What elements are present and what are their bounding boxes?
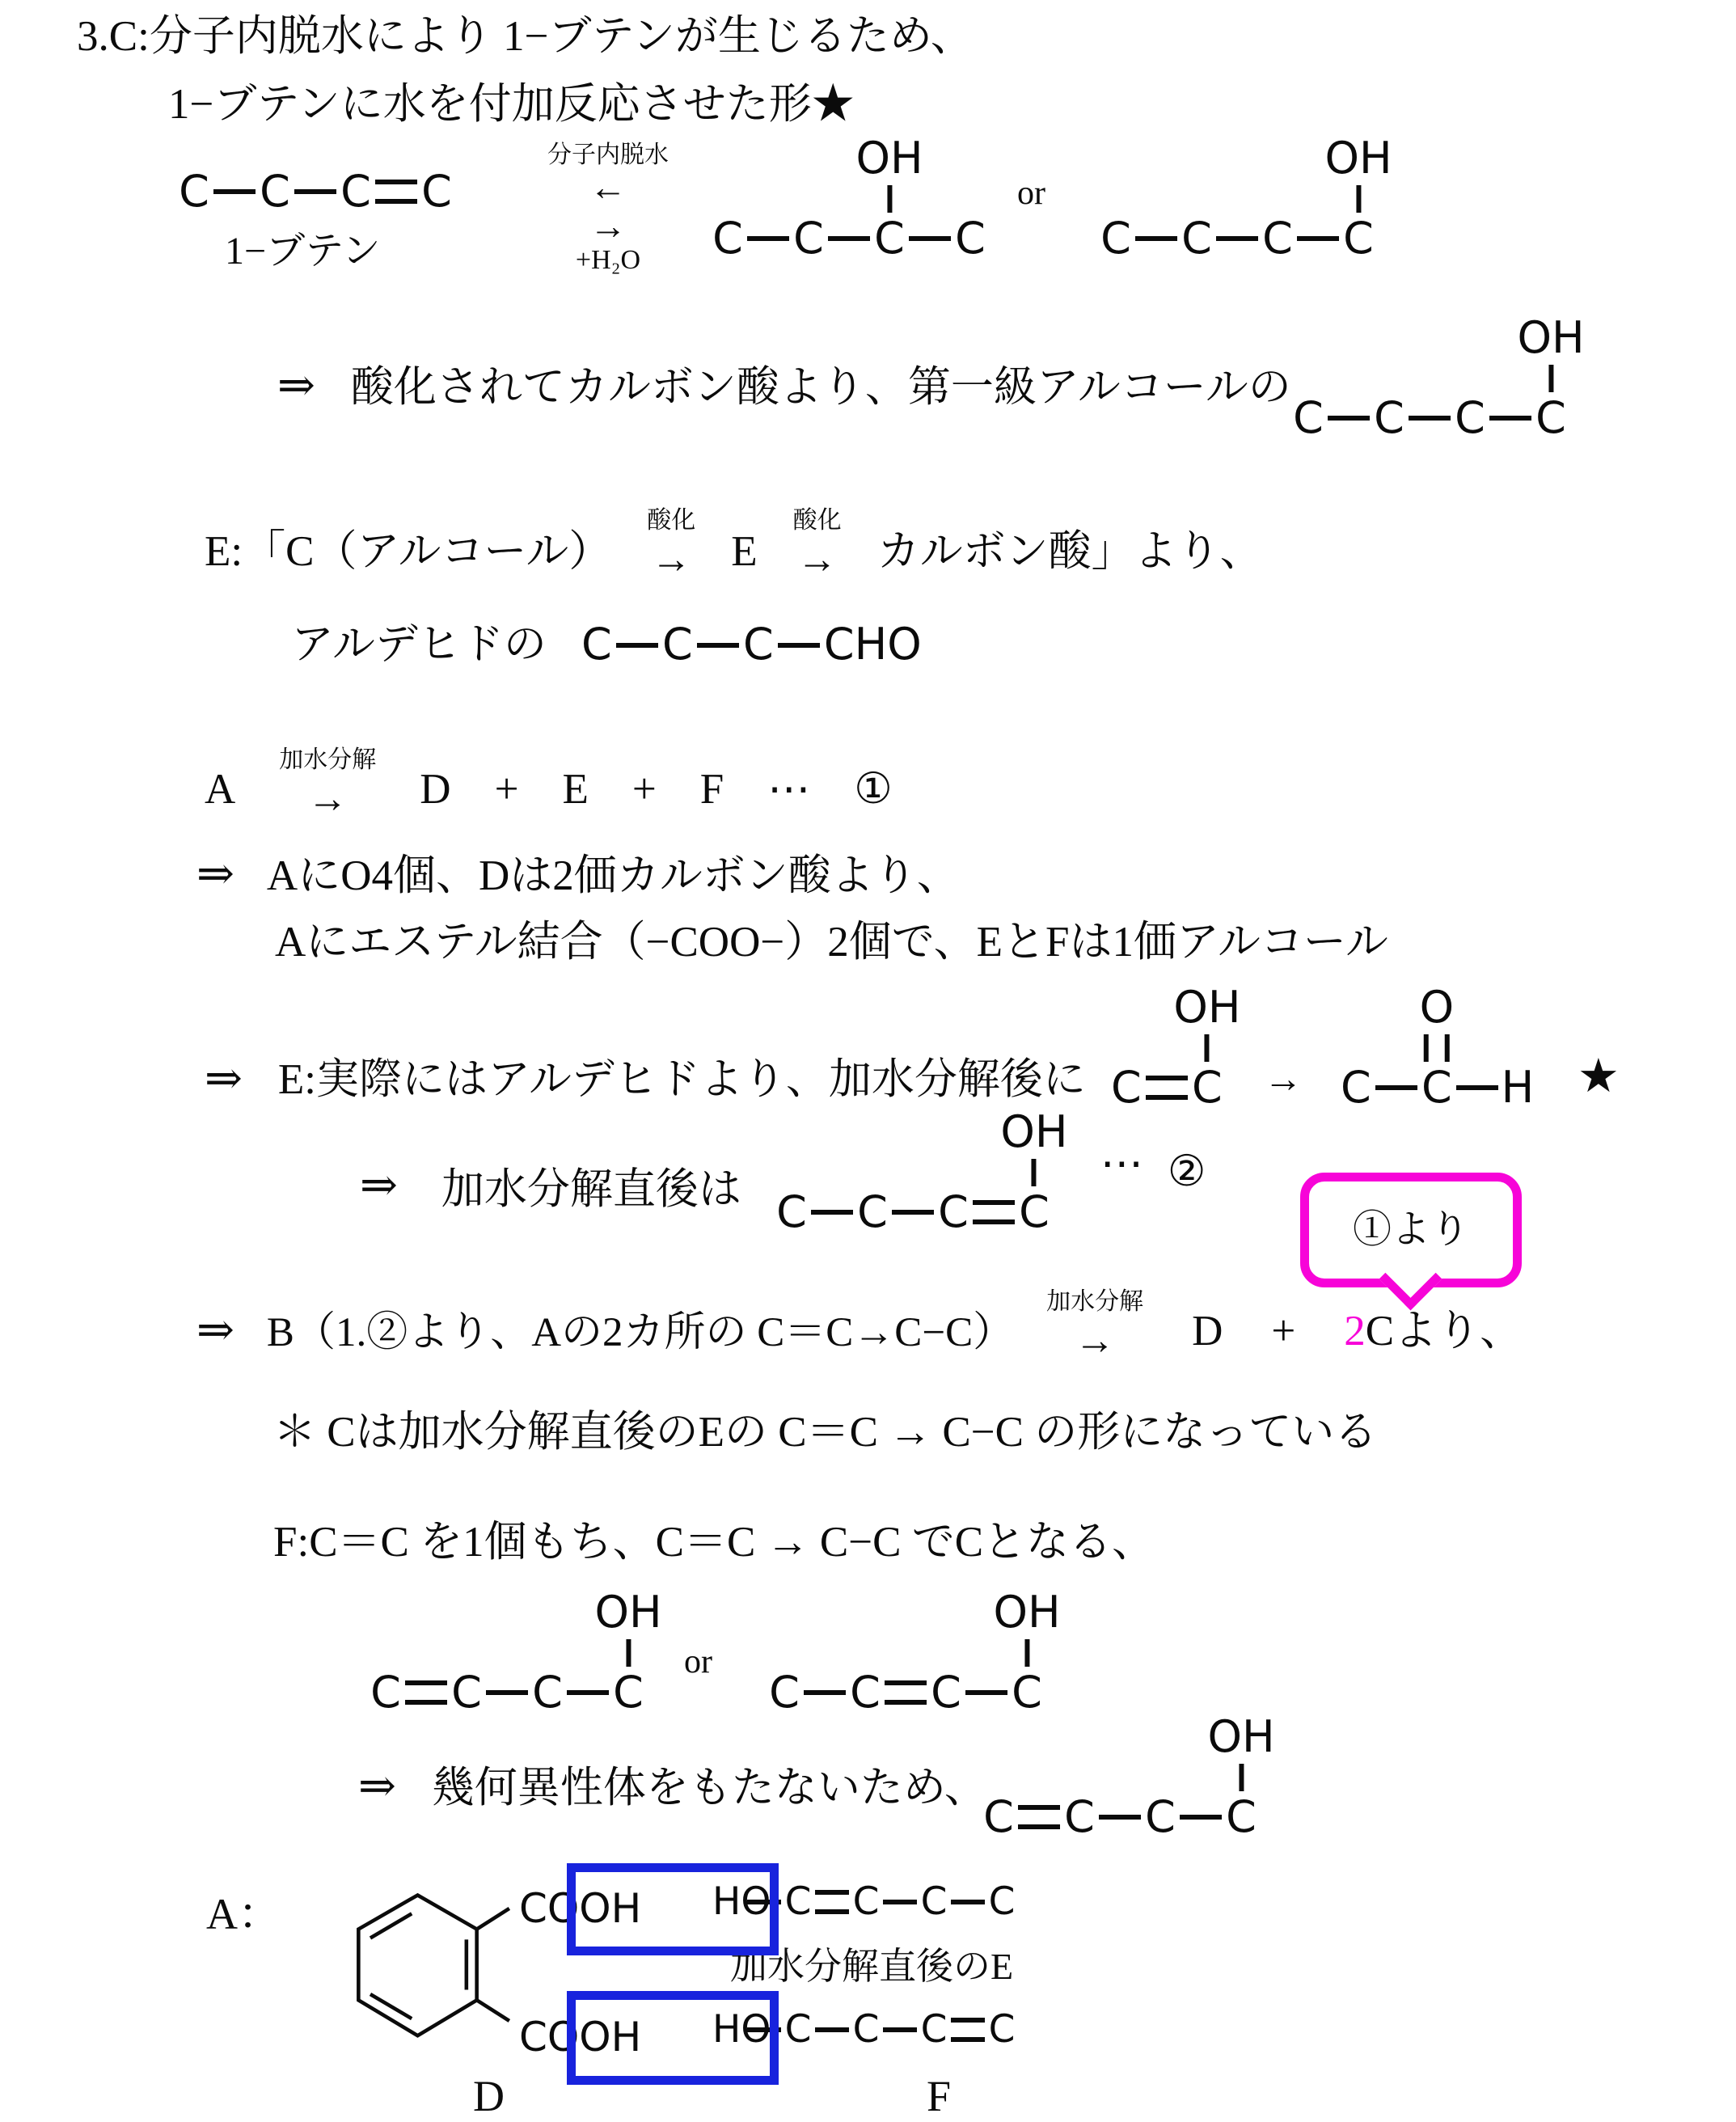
single-bond bbox=[1099, 1815, 1141, 1820]
single-bond bbox=[1456, 1085, 1498, 1090]
atom-C: C bbox=[851, 1882, 881, 1921]
single-bond bbox=[747, 236, 789, 241]
double-arrow-icon: ⇒ bbox=[196, 848, 234, 902]
atom-C: C bbox=[710, 216, 746, 262]
geometry-row: ⇒ 幾何異性体をもたないため、 bbox=[358, 1760, 987, 1814]
b-tail-text: Cより、 bbox=[1366, 1308, 1523, 1355]
hydrolysis-arrow-b: 加水分解 → bbox=[1046, 1287, 1143, 1363]
atom-C: C bbox=[851, 2010, 881, 2049]
atom-C: C bbox=[928, 1670, 964, 1716]
atom-C: C bbox=[981, 1794, 1016, 1841]
structure-f-final: OHCCCC bbox=[981, 1714, 1259, 1841]
substituent-label-OH: OH bbox=[998, 1110, 1070, 1156]
chain-row: CCCC bbox=[1290, 395, 1569, 442]
vertical-single-bond bbox=[887, 185, 892, 213]
atom-C: C bbox=[1062, 1794, 1097, 1841]
single-bond bbox=[828, 236, 870, 241]
atom-C: C bbox=[791, 216, 826, 262]
double-bond bbox=[973, 1200, 1015, 1224]
plus-sign: + bbox=[1271, 1306, 1295, 1358]
substituent-group: OH bbox=[998, 1110, 1070, 1186]
aldehyde-label: アルデヒドの bbox=[291, 619, 547, 671]
atom-C: C bbox=[1009, 1670, 1045, 1716]
chain-row: CC bbox=[1109, 1064, 1225, 1111]
arrow-right-icon: → bbox=[651, 537, 691, 581]
substituent-label-OH: OH bbox=[990, 1590, 1062, 1636]
callout-bubble: ①より bbox=[1300, 1173, 1522, 1287]
atom-C: C bbox=[1016, 1190, 1052, 1236]
compound-f: F bbox=[700, 764, 724, 816]
single-bond bbox=[1216, 236, 1258, 241]
substituent-label-OH: OH bbox=[1514, 315, 1586, 361]
atom-C: C bbox=[986, 2010, 1017, 2049]
geometry-text: 幾何異性体をもたないため、 bbox=[432, 1763, 987, 1815]
o4-row: ⇒ AにO4個、Dは2価カルボン酸より、 bbox=[196, 848, 960, 902]
compound-e: E bbox=[562, 764, 588, 816]
intro-line-2: 1−ブテンに水を付加反応させた形★ bbox=[168, 79, 855, 131]
atom-C: C bbox=[741, 622, 776, 668]
atom-C: C bbox=[1341, 216, 1376, 262]
substituent-label-O: O bbox=[1417, 985, 1457, 1031]
substituent-group: OH bbox=[592, 1590, 664, 1667]
atom-C: C bbox=[1143, 1794, 1178, 1841]
atom-C: C bbox=[1290, 395, 1326, 442]
single-bond bbox=[804, 1690, 846, 1695]
note-line: ＊ Cは加水分解直後のEの C＝C → C−C の形になっている bbox=[273, 1407, 1377, 1459]
oxidation-arrow-2: 酸化 → bbox=[793, 506, 842, 581]
double-arrow-icon: ⇒ bbox=[277, 359, 315, 413]
single-bond bbox=[815, 2027, 849, 2032]
atom-C: C bbox=[610, 1670, 646, 1716]
double-bond bbox=[1018, 1805, 1060, 1829]
f-definition-line: F:C＝C を1個もち、C＝C → C−C でCとなる、 bbox=[273, 1517, 1155, 1569]
e-head-text: E:「C（アルコール） bbox=[205, 526, 611, 578]
b-pre-text: B（1.②より、Aの2カ所の C＝C→C−C） bbox=[267, 1308, 1014, 1358]
highlight-box-bottom bbox=[567, 1991, 779, 2085]
atom-H: H bbox=[1500, 1065, 1535, 1111]
aldehyde-row: アルデヒドの CCCCHO bbox=[291, 619, 924, 671]
vertical-single-bond bbox=[1356, 185, 1361, 213]
atom-C: C bbox=[919, 2010, 949, 2049]
o4-text: AにO4個、Dは2価カルボン酸より、 bbox=[267, 851, 960, 902]
single-bond bbox=[213, 189, 256, 194]
atom-C: C bbox=[1371, 395, 1407, 442]
ellipsis: ⋯ bbox=[1100, 1139, 1143, 1190]
substituent-label-OH: OH bbox=[1205, 1714, 1277, 1761]
single-bond bbox=[616, 643, 658, 648]
double-bond bbox=[815, 1890, 849, 1914]
e-letter: E bbox=[731, 526, 757, 578]
vertical-double-bond bbox=[1424, 1034, 1450, 1062]
oxidation-label: 酸化 bbox=[647, 506, 695, 535]
structure-acetaldehyde: OCCH bbox=[1338, 985, 1535, 1111]
vertical-single-bond bbox=[626, 1639, 631, 1667]
double-bond bbox=[375, 180, 417, 204]
hydrolysis-label: 加水分解 bbox=[1046, 1287, 1143, 1317]
benzene-ring bbox=[344, 1891, 517, 2046]
vertical-single-bond bbox=[1205, 1034, 1210, 1062]
chain-row: CCCCHO bbox=[579, 622, 924, 669]
arrow-right-icon: → bbox=[589, 207, 627, 246]
structure-primary-alcohol: OHCCCC bbox=[1290, 315, 1569, 442]
atom-C: C bbox=[1109, 1065, 1144, 1111]
double-arrow-icon: ⇒ bbox=[360, 1159, 398, 1213]
circled-two: ② bbox=[1168, 1147, 1206, 1198]
atom-C: C bbox=[1189, 1065, 1225, 1111]
atom-C: C bbox=[1419, 1065, 1455, 1111]
highlight-box-top bbox=[567, 1863, 779, 1955]
atom-C: C bbox=[660, 622, 695, 668]
chain-row: CCCC bbox=[710, 215, 988, 262]
oxidation-label: 酸化 bbox=[793, 506, 842, 535]
or-label-2: or bbox=[684, 1642, 712, 1682]
chain-row: CCCC bbox=[1098, 215, 1376, 262]
structure-vinyl-alcohol: OHCC bbox=[1109, 985, 1225, 1111]
intro-line-1: 3.C:分子内脱水により 1−ブテンが生じるため、 bbox=[77, 11, 974, 63]
atom-C: C bbox=[176, 169, 212, 215]
e-actual-row: ⇒ E:実際にはアルデヒドより、加水分解後に OHCC → OCCH ★ bbox=[205, 985, 1620, 1111]
arrow-right-icon: → bbox=[1264, 1056, 1303, 1103]
ester-text: Aにエステル結合（−COO−）2個で、EとFは1価アルコール bbox=[275, 917, 1388, 969]
structure-1-butanol: OHCCCC bbox=[1098, 136, 1376, 262]
oxidation-arrow-1: 酸化 → bbox=[647, 506, 695, 581]
atom-C: C bbox=[855, 1190, 890, 1236]
atom-C: C bbox=[774, 1190, 809, 1236]
arrow-right-icon: → bbox=[1075, 1318, 1115, 1363]
plus-h2o-label: +H₂O bbox=[576, 246, 640, 275]
atom-C: C bbox=[257, 169, 293, 215]
substituent-group: O bbox=[1417, 985, 1457, 1062]
structure-butanal: CCCCHO bbox=[579, 622, 924, 669]
double-arrow-icon: ⇒ bbox=[205, 1052, 243, 1106]
chain-row: CCCC bbox=[774, 1189, 1052, 1236]
substituent-group: OH bbox=[1322, 136, 1394, 213]
atom-C: C bbox=[579, 622, 615, 668]
double-arrow-icon: ⇒ bbox=[358, 1760, 396, 1814]
atom-C: C bbox=[783, 1882, 813, 1921]
structure-1-butene: CCCC bbox=[176, 168, 454, 215]
vertical-single-bond bbox=[1032, 1159, 1037, 1186]
b-row: ⇒ B（1.②より、Aの2カ所の C＝C→C−C） 加水分解 → D + 2Cよ… bbox=[196, 1287, 1523, 1363]
single-bond bbox=[1409, 416, 1451, 421]
compound-d: D bbox=[1192, 1306, 1223, 1358]
hydrolysis-equation-row: A 加水分解 → D + E + F ⋯ ① bbox=[205, 746, 893, 821]
plus-sign: + bbox=[632, 764, 657, 816]
single-bond bbox=[1135, 236, 1177, 241]
double-bond bbox=[885, 1680, 927, 1705]
chain-row: CCCC bbox=[981, 1794, 1259, 1841]
chemistry-note-page: 3.C:分子内脱水により 1−ブテンが生じるため、 1−ブテンに水を付加反応させ… bbox=[0, 0, 1736, 2122]
vertical-single-bond bbox=[1239, 1764, 1244, 1791]
single-bond bbox=[909, 236, 951, 241]
vertical-single-bond bbox=[1024, 1639, 1029, 1667]
single-bond bbox=[1180, 1815, 1222, 1820]
two-c-term: 2Cより、 bbox=[1344, 1306, 1523, 1358]
single-bond bbox=[1328, 416, 1370, 421]
e-actual-text: E:実際にはアルデヒドより、加水分解後に bbox=[278, 1055, 1086, 1106]
substituent-label-OH: OH bbox=[592, 1590, 664, 1636]
atom-C: C bbox=[1098, 216, 1134, 262]
star-icon: ★ bbox=[1578, 1048, 1620, 1105]
substituent-label-OH: OH bbox=[1322, 136, 1394, 182]
chain-row: CCCC bbox=[176, 168, 454, 215]
atom-C: C bbox=[1260, 216, 1295, 262]
atom-C: C bbox=[783, 2010, 813, 2049]
substituent-label-OH: OH bbox=[853, 136, 925, 182]
chain-row: CCCC bbox=[767, 1669, 1045, 1716]
double-bond bbox=[951, 2018, 985, 2042]
atom-CHO: CHO bbox=[822, 622, 924, 668]
e-tail-text: カルボン酸」より、 bbox=[877, 526, 1263, 578]
double-bond bbox=[405, 1680, 447, 1705]
atom-C: C bbox=[419, 169, 454, 215]
structure-f-option1: OHCCCC bbox=[368, 1590, 646, 1716]
compound-d: D bbox=[420, 764, 450, 816]
arrow-left-icon: ← bbox=[589, 168, 627, 207]
single-bond bbox=[883, 2027, 917, 2032]
atom-C: C bbox=[1223, 1794, 1259, 1841]
vertical-single-bond bbox=[1548, 365, 1553, 392]
atom-C: C bbox=[1179, 216, 1214, 262]
atom-C: C bbox=[1533, 395, 1569, 442]
substituent-label-OH: OH bbox=[1171, 985, 1243, 1031]
atom-C: C bbox=[1452, 395, 1488, 442]
atom-C: C bbox=[986, 1882, 1017, 1921]
atom-C: C bbox=[449, 1670, 484, 1716]
substituent-group: OH bbox=[1205, 1714, 1277, 1791]
atom-C: C bbox=[872, 216, 907, 262]
single-bond bbox=[294, 189, 336, 194]
d-caption: D bbox=[473, 2070, 505, 2122]
atom-C: C bbox=[952, 216, 988, 262]
atom-C: C bbox=[919, 1882, 949, 1921]
structure-2-butanol: OHCCCC bbox=[710, 136, 988, 262]
dehydration-label: 分子内脱水 bbox=[547, 142, 669, 168]
structure-f-option2: OHCCCC bbox=[767, 1590, 1045, 1716]
single-bond bbox=[811, 1210, 853, 1215]
circled-one: ① bbox=[854, 764, 893, 816]
right-after-text: 加水分解直後は bbox=[441, 1165, 741, 1216]
single-bond bbox=[1297, 236, 1339, 241]
single-bond bbox=[567, 1690, 609, 1695]
arrow-right-icon: → bbox=[797, 537, 838, 581]
substituent-group: OH bbox=[1514, 315, 1586, 392]
compound-a-label: A： bbox=[206, 1888, 281, 1941]
coefficient-two: 2 bbox=[1344, 1308, 1366, 1355]
atom-C: C bbox=[368, 1670, 403, 1716]
double-bond bbox=[1146, 1076, 1188, 1100]
oxidized-row: ⇒ 酸化されてカルボン酸より、第一級アルコールの bbox=[277, 359, 1291, 413]
single-bond bbox=[697, 643, 739, 648]
atom-C: C bbox=[530, 1670, 565, 1716]
equilibrium-arrows: 分子内脱水 ← → +H₂O bbox=[543, 142, 673, 275]
structure-butenol: OHCCCC bbox=[774, 1110, 1052, 1236]
f-caption: F bbox=[927, 2070, 951, 2122]
single-bond bbox=[1375, 1085, 1417, 1090]
bubble-text: ①より bbox=[1353, 1207, 1469, 1253]
single-bond bbox=[883, 1900, 917, 1904]
atom-C: C bbox=[1338, 1065, 1374, 1111]
ellipsis: ⋯ bbox=[767, 764, 810, 816]
single-bond bbox=[951, 1900, 985, 1904]
single-bond bbox=[965, 1690, 1007, 1695]
substituent-group: OH bbox=[1171, 985, 1243, 1062]
substituent-group: OH bbox=[853, 136, 925, 213]
single-bond bbox=[486, 1690, 528, 1695]
right-after-row: ⇒ 加水分解直後は OHCCCC ⋯ ② bbox=[360, 1110, 1206, 1236]
hydrolysis-label: 加水分解 bbox=[279, 746, 376, 775]
single-bond bbox=[892, 1210, 934, 1215]
arrow-right-icon: → bbox=[307, 776, 348, 821]
single-bond bbox=[778, 643, 820, 648]
oxidized-text: 酸化されてカルボン酸より、第一級アルコールの bbox=[351, 362, 1291, 414]
single-bond bbox=[1489, 416, 1531, 421]
atom-C: C bbox=[847, 1670, 883, 1716]
substituent-group: OH bbox=[990, 1590, 1062, 1667]
atom-C: C bbox=[338, 169, 374, 215]
chain-row: CCH bbox=[1338, 1064, 1535, 1111]
e-definition-row: E:「C（アルコール） 酸化 → E 酸化 → カルボン酸」より、 bbox=[205, 506, 1263, 581]
atom-C: C bbox=[767, 1670, 802, 1716]
chain-row: CCCC bbox=[368, 1669, 646, 1716]
or-label-1: or bbox=[1017, 173, 1045, 213]
compound-a: A bbox=[205, 764, 235, 816]
plus-sign: + bbox=[495, 764, 519, 816]
butene-label: 1−ブテン bbox=[225, 228, 381, 275]
hydrolysis-arrow: 加水分解 → bbox=[279, 746, 376, 821]
atom-C: C bbox=[936, 1190, 971, 1236]
double-arrow-icon: ⇒ bbox=[196, 1304, 234, 1358]
